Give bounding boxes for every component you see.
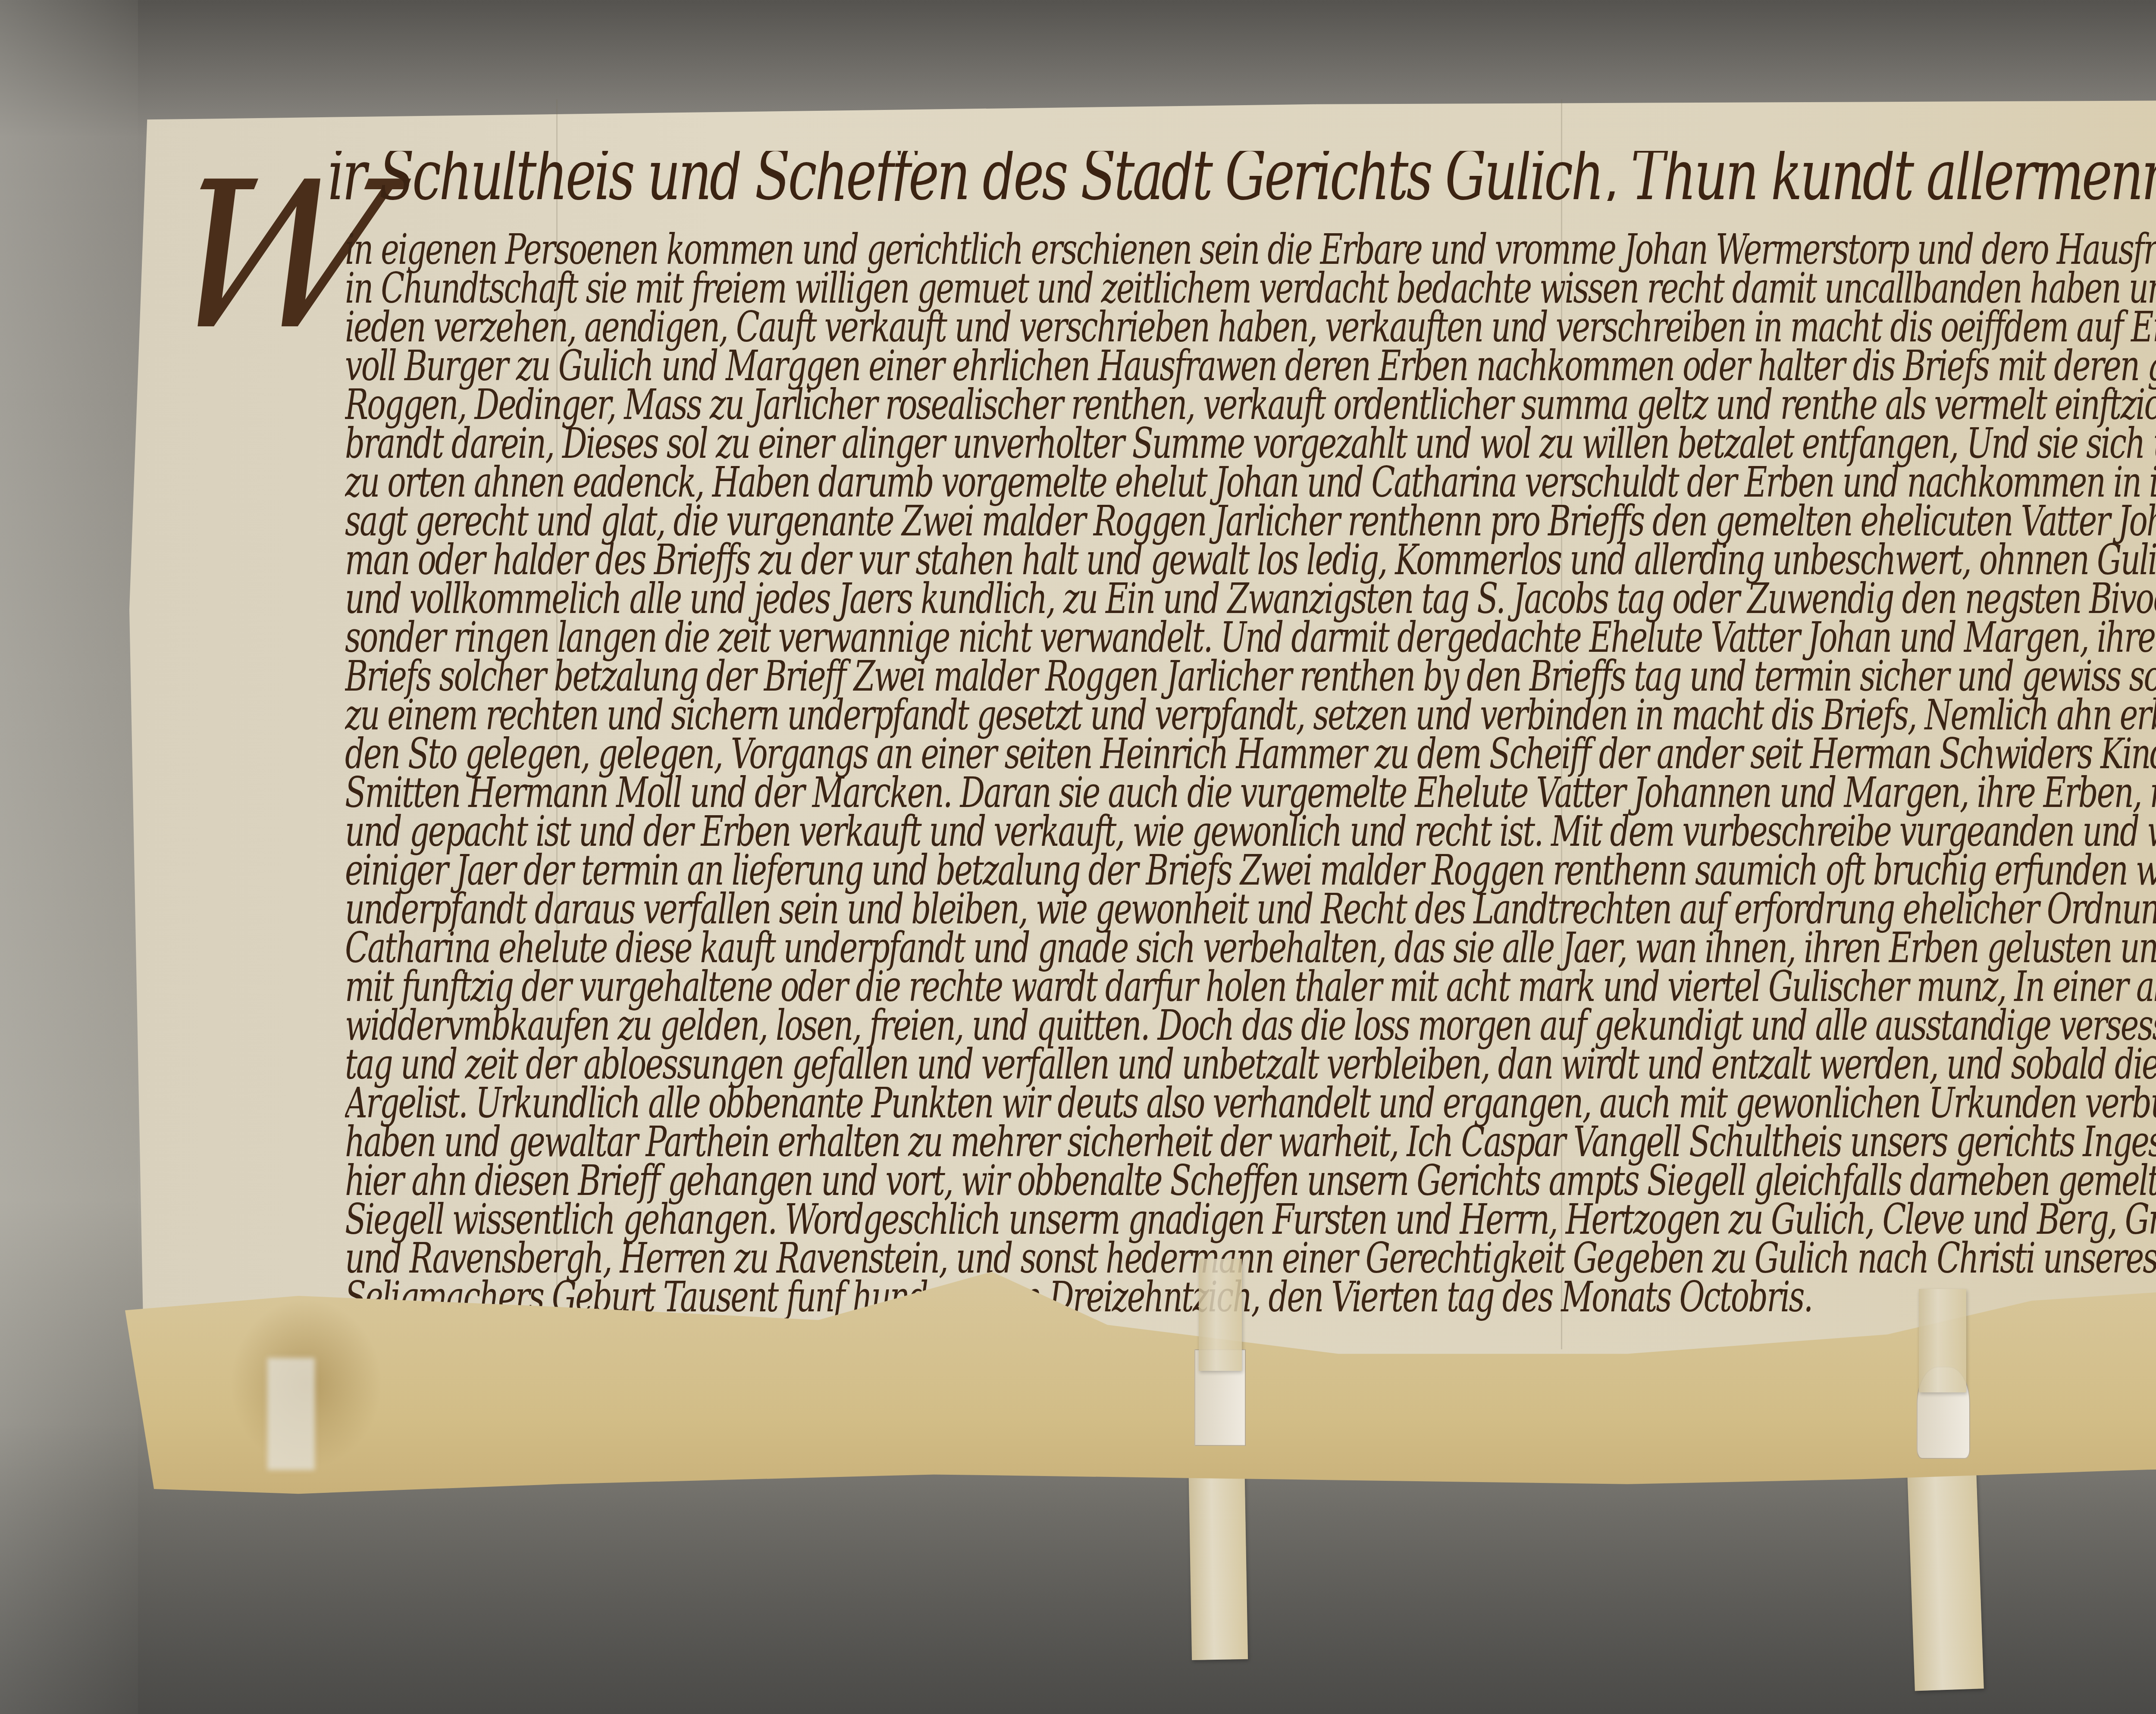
- plica-worn-spot: [267, 1358, 315, 1470]
- manuscript-text: W ir Schultheis und Scheffen des Stadt G…: [172, 155, 2156, 1362]
- text-line-heading: ir Schultheis und Scheffen des Stadt Ger…: [328, 151, 2156, 201]
- seal-tag-left: [1188, 1457, 1248, 1660]
- seal-tag-upper-left: [1199, 1259, 1242, 1371]
- seal-tag-upper-right: [1919, 1289, 1966, 1392]
